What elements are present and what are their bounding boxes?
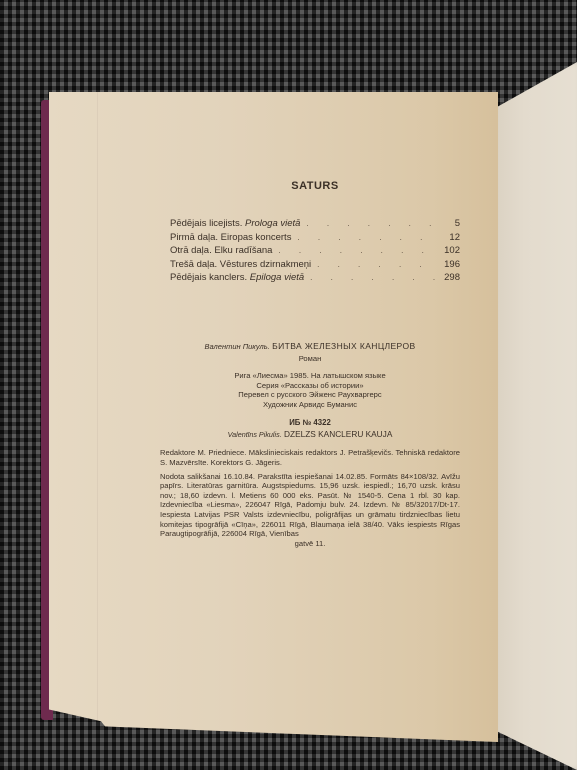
ib-number: ИБ № 4322	[160, 418, 460, 427]
toc-entry: Pēdējais kanclers. Epiloga vietā . . . .…	[170, 272, 460, 286]
toc-page-number: 5	[438, 218, 460, 229]
leader-dots: . . . . . . . . . . . . . . .	[291, 233, 438, 242]
imprint-line: Серия «Рассказы об истории»	[160, 381, 460, 391]
latvian-title: DZELZS KANCLERU KAUJA	[284, 429, 392, 439]
imprint-line: Художник Арвидс Буманис	[160, 400, 460, 410]
latvian-title-line: Valentīns Pikulis. DZELZS KANCLERU KAUJA	[160, 429, 460, 439]
toc-entry-italic: Epiloga vietā	[250, 272, 304, 283]
toc-entry: Pirmā daļa. Eiropas koncerts . . . . . .…	[170, 232, 460, 246]
toc-entry-label: Pirmā daļa. Eiropas koncerts	[170, 232, 291, 243]
toc-page-number: 298	[438, 272, 460, 283]
toc-entry: Trešā daļa. Vēstures dzirnakmeņi . . . .…	[170, 259, 460, 273]
colophon-print-details: Nodota salikšanai 16.10.84. Parakstīta i…	[160, 472, 460, 539]
toc-entry: Otrā daļa. Elku radīšana . . . . . . . .…	[170, 245, 460, 259]
russian-title-line: Валентин Пикуль. БИТВА ЖЕЛЕЗНЫХ КАНЦЛЕРО…	[160, 341, 460, 351]
latvian-author: Valentīns Pikulis.	[228, 430, 282, 439]
toc-entry: Pēdējais licejists. Prologa vietā . . . …	[170, 218, 460, 232]
leader-dots: . . . . . . . . . . . . . . .	[304, 273, 438, 282]
toc-page-number: 102	[438, 245, 460, 256]
toc-entry-label: Trešā daļa. Vēstures dzirnakmeņi	[170, 259, 311, 270]
page-fold	[97, 92, 98, 742]
imprint-line: Перевел с русского Эйженс Раухваргерс	[160, 390, 460, 400]
toc-entry-label: Pēdējais licejists.	[170, 218, 242, 229]
russian-genre: Роман	[160, 354, 460, 364]
table-of-contents: Pēdējais licejists. Prologa vietā . . . …	[170, 218, 460, 286]
colophon-address-end: gatvē 11.	[160, 539, 460, 549]
colophon: Redaktore M. Priedniece. Mākslinieciskai…	[160, 448, 460, 548]
toc-entry-label: Otrā daļa. Elku radīšana	[170, 245, 272, 256]
leader-dots: . . . . . . . . . . . . . . .	[300, 219, 438, 228]
toc-title: SATURS	[170, 180, 460, 192]
right-page	[489, 62, 577, 770]
toc-page-number: 196	[438, 259, 460, 270]
leader-dots: . . . . . . . . . . . . . . .	[272, 246, 438, 255]
russian-imprint: Рига «Лиесма» 1985. На латышском языке С…	[160, 371, 460, 409]
toc-entry-italic: Prologa vietā	[245, 218, 300, 229]
toc-page-number: 12	[438, 232, 460, 243]
leader-dots: . . . . . . . . . . . . . . .	[311, 260, 438, 269]
russian-author: Валентин Пикуль.	[204, 342, 269, 351]
page-content: SATURS Pēdējais licejists. Prologa vietā…	[160, 170, 460, 552]
toc-entry-label: Pēdējais kanclers.	[170, 272, 247, 283]
imprint-line: Рига «Лиесма» 1985. На латышском языке	[160, 371, 460, 381]
colophon-editors: Redaktore M. Priedniece. Mākslinieciskai…	[160, 448, 460, 467]
russian-title: БИТВА ЖЕЛЕЗНЫХ КАНЦЛЕРОВ	[272, 341, 415, 351]
